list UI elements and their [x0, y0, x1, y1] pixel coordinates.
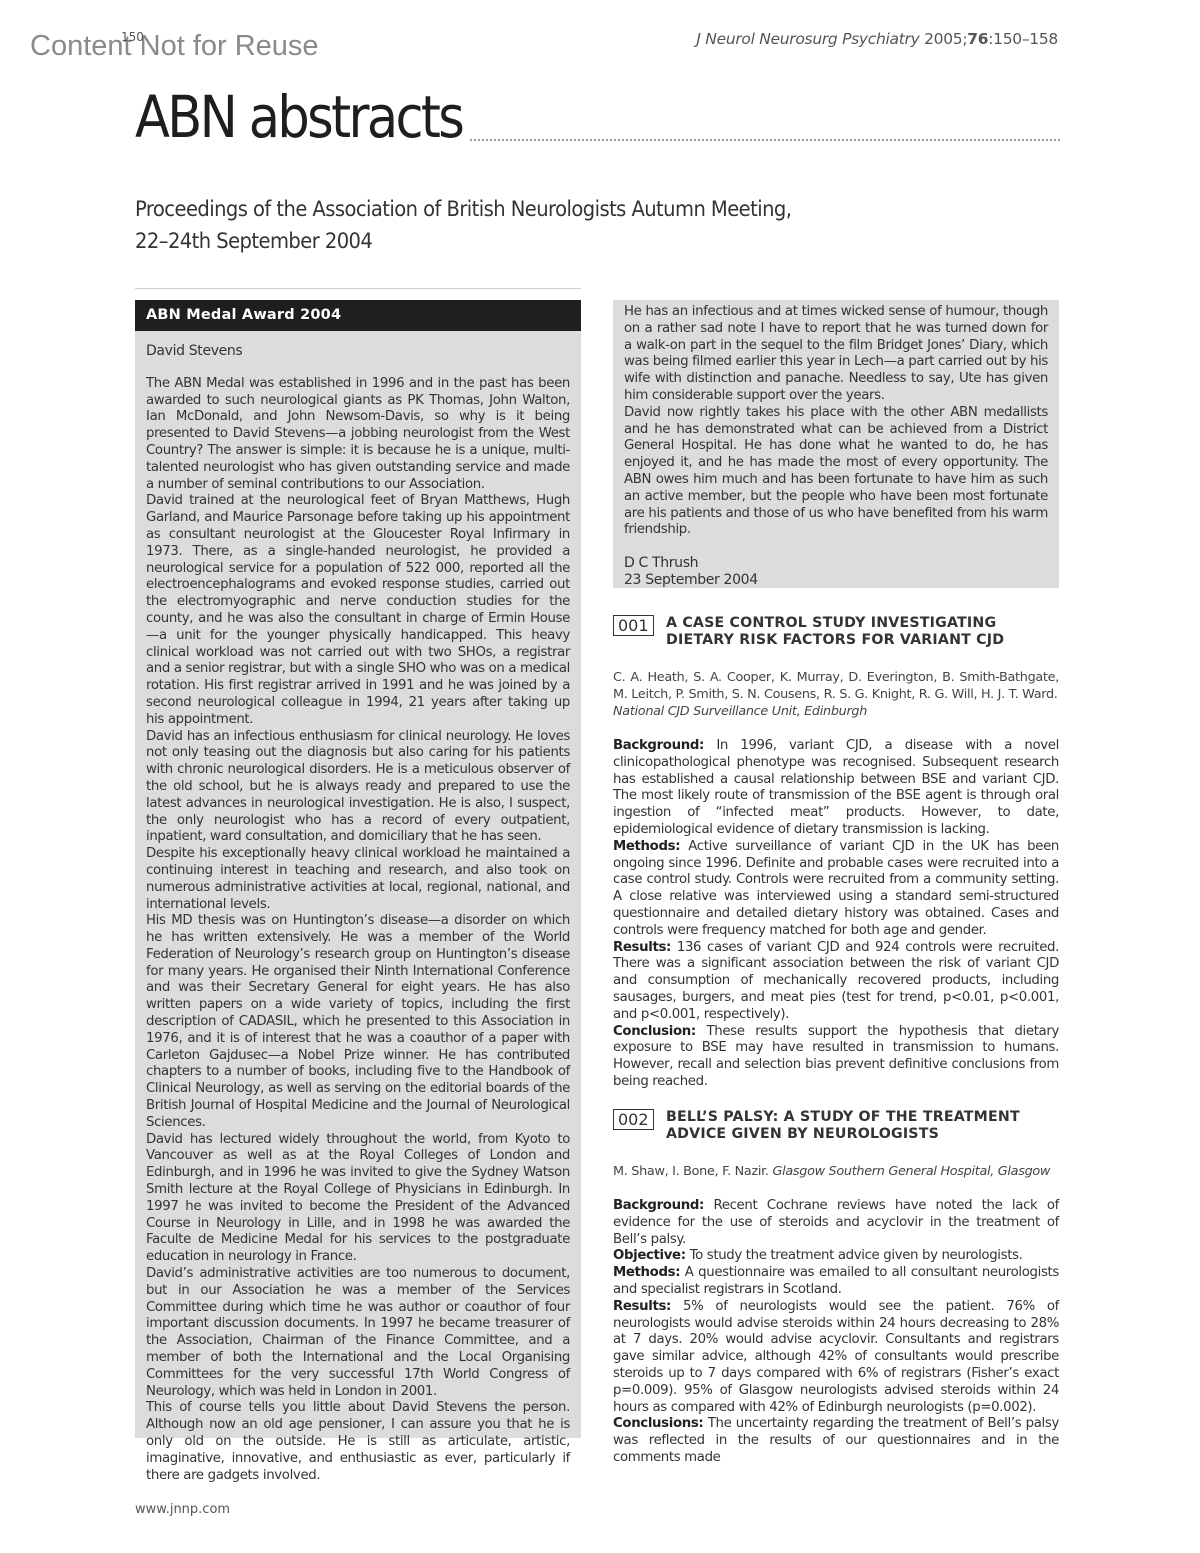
- title-dotted-rule: [470, 139, 1060, 141]
- medal-paragraph: David now rightly takes his place with t…: [624, 405, 1048, 539]
- section-text: 136 cases of variant CJD and 924 control…: [613, 940, 1059, 1022]
- abstract-section: Methods: A questionnaire was emailed to …: [613, 1265, 1059, 1299]
- proceedings-line-2: 22–24th September 2004: [135, 225, 791, 257]
- abstract-number: 002: [613, 1109, 654, 1130]
- section-label: Conclusions:: [613, 1416, 703, 1431]
- abstract-section: Background: In 1996, variant CJD, a dise…: [613, 738, 1059, 839]
- abstract-section: Conclusions: The uncertainty regarding t…: [613, 1416, 1059, 1466]
- section-label: Conclusion:: [613, 1024, 696, 1039]
- proceedings-line-1: Proceedings of the Association of Britis…: [135, 193, 791, 225]
- abstract-authors: M. Shaw, I. Bone, F. Nazir. Glasgow Sout…: [613, 1163, 1059, 1180]
- journal-year: 2005;: [924, 30, 967, 48]
- medal-award-body: David Stevens The ABN Medal was establis…: [135, 343, 581, 1484]
- medal-paragraph: His MD thesis was on Huntington’s diseas…: [146, 913, 570, 1131]
- medal-paragraph: The ABN Medal was established in 1996 an…: [146, 376, 570, 494]
- medal-continuation-body: He has an infectious and at times wicked…: [613, 300, 1059, 589]
- medal-paragraph: David’s administrative activities are to…: [146, 1266, 570, 1400]
- title-row: ABN abstracts: [135, 82, 1060, 152]
- proceedings-subtitle: Proceedings of the Association of Britis…: [135, 193, 791, 257]
- journal-volume: 76: [967, 30, 988, 48]
- abstract-title: A CASE CONTROL STUDY INVESTIGATING DIETA…: [666, 615, 1004, 648]
- honoree-name: David Stevens: [146, 343, 570, 360]
- section-label: Results:: [613, 1299, 671, 1314]
- medal-paragraph: David trained at the neurological feet o…: [146, 493, 570, 728]
- section-label: Objective:: [613, 1248, 686, 1263]
- medal-award-continuation-box: He has an infectious and at times wicked…: [613, 300, 1059, 588]
- abstract-002: 002 BELL’S PALSY: A STUDY OF THE TREATME…: [613, 1109, 1059, 1467]
- abstract-body: Background: Recent Cochrane reviews have…: [613, 1198, 1059, 1467]
- abstract-section: Results: 5% of neurologists would see th…: [613, 1299, 1059, 1417]
- journal-name: J Neurol Neurosurg Psychiatry: [696, 30, 919, 48]
- medal-paragraph: He has an infectious and at times wicked…: [624, 304, 1048, 405]
- section-label: Background:: [613, 1198, 704, 1213]
- medal-paragraph: Despite his exceptionally heavy clinical…: [146, 846, 570, 913]
- abstract-section: Methods: Active surveillance of variant …: [613, 839, 1059, 940]
- medal-award-header: ABN Medal Award 2004: [135, 300, 581, 331]
- medal-paragraph: David has lectured widely throughout the…: [146, 1132, 570, 1266]
- section-label: Results:: [613, 940, 671, 955]
- section-text: A questionnaire was emailed to all consu…: [613, 1265, 1059, 1297]
- section-text: 5% of neurologists would see the patient…: [613, 1299, 1059, 1415]
- abstract-number: 001: [613, 615, 654, 636]
- footer-website-link[interactable]: www.jnnp.com: [135, 1502, 230, 1517]
- author-list: M. Shaw, I. Bone, F. Nazir.: [613, 1164, 769, 1179]
- signature: D C Thrush 23 September 2004: [624, 555, 1048, 589]
- section-label: Methods:: [613, 1265, 680, 1280]
- section-text: To study the treatment advice given by n…: [686, 1248, 1023, 1263]
- page-title: ABN abstracts: [135, 82, 462, 152]
- abstract-heading: 002 BELL’S PALSY: A STUDY OF THE TREATME…: [613, 1109, 1059, 1143]
- abstract-authors: C. A. Heath, S. A. Cooper, K. Murray, D.…: [613, 669, 1059, 720]
- abstract-body: Background: In 1996, variant CJD, a dise…: [613, 738, 1059, 1091]
- section-label: Methods:: [613, 839, 680, 854]
- journal-citation: J Neurol Neurosurg Psychiatry 2005;76:15…: [696, 30, 1058, 48]
- section-label: Background:: [613, 738, 704, 753]
- watermark: Content Not for Reuse: [30, 30, 319, 63]
- abstract-section: Conclusion: These results support the hy…: [613, 1024, 1059, 1091]
- signature-name: D C Thrush: [624, 555, 1048, 572]
- page-number: 150: [121, 30, 144, 44]
- author-list: C. A. Heath, S. A. Cooper, K. Murray, D.…: [613, 670, 1059, 702]
- medal-paragraph: This of course tells you little about Da…: [146, 1400, 570, 1484]
- affiliation: Glasgow Southern General Hospital, Glasg…: [772, 1164, 1050, 1179]
- abstract-001: 001 A CASE CONTROL STUDY INVESTIGATING D…: [613, 615, 1059, 1091]
- abstract-section: Background: Recent Cochrane reviews have…: [613, 1198, 1059, 1248]
- abstract-title: BELL’S PALSY: A STUDY OF THE TREATMENT A…: [666, 1109, 1020, 1142]
- abstract-heading: 001 A CASE CONTROL STUDY INVESTIGATING D…: [613, 615, 1059, 649]
- signature-date: 23 September 2004: [624, 572, 1048, 589]
- journal-pages: :150–158: [988, 30, 1058, 48]
- affiliation: National CJD Surveillance Unit, Edinburg…: [613, 704, 867, 719]
- section-text: Active surveillance of variant CJD in th…: [613, 839, 1059, 938]
- abstract-section: Objective: To study the treatment advice…: [613, 1248, 1059, 1265]
- medal-paragraph: David has an infectious enthusiasm for c…: [146, 729, 570, 847]
- medal-award-box: ABN Medal Award 2004 David Stevens The A…: [135, 300, 581, 1438]
- section-divider: [135, 288, 581, 289]
- abstract-section: Results: 136 cases of variant CJD and 92…: [613, 940, 1059, 1024]
